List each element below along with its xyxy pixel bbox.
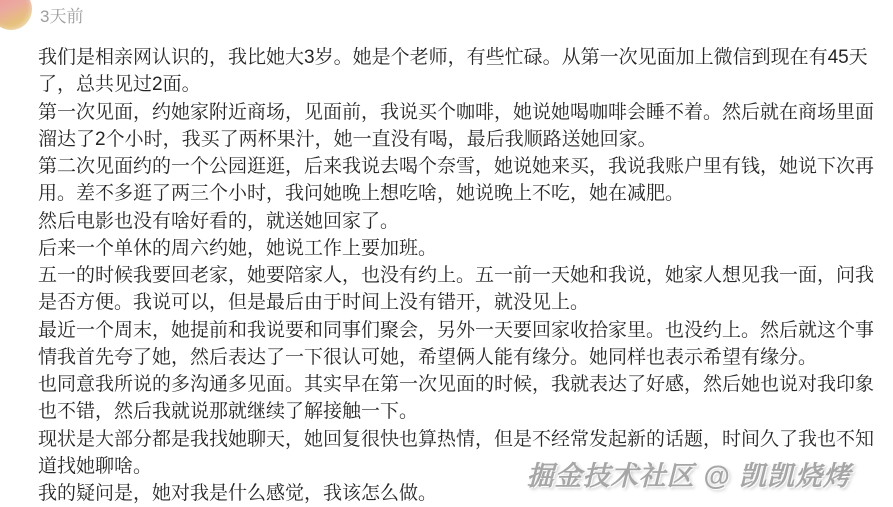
post-paragraph: 后来一个单休的周六约她，她说工作上要加班。 [38,235,883,262]
post-page: 3天前 我们是相亲网认识的，我比她大3岁。她是个老师，有些忙碌。从第一次见面加上… [0,0,893,507]
post-paragraph: 我们是相亲网认识的，我比她大3岁。她是个老师，有些忙碌。从第一次见面加上微信到现… [38,44,883,99]
post-timestamp: 3天前 [40,6,83,28]
post-paragraph: 最近一个周末，她提前和我说要和同事们聚会，另外一天要回家收拾家里。也没约上。然后… [38,317,883,372]
user-avatar[interactable] [0,0,32,30]
post-paragraph: 我的疑问是，她对我是什么感觉，我该怎么做。 [38,480,883,507]
post-paragraph: 然后电影也没有啥好看的，就送她回家了。 [38,208,883,235]
post-paragraph: 也同意我所说的多沟通多见面。其实早在第一次见面的时候，我就表达了好感，然后她也说… [38,371,883,426]
post-body: 我们是相亲网认识的，我比她大3岁。她是个老师，有些忙碌。从第一次见面加上微信到现… [38,44,883,507]
post-paragraph: 五一的时候我要回老家，她要陪家人，也没有约上。五一前一天她和我说，她家人想见我一… [38,262,883,317]
post-paragraph: 现状是大部分都是我找她聊天，她回复很快也算热情，但是不经常发起新的话题，时间久了… [38,426,883,481]
post-paragraph: 第二次见面约的一个公园逛逛，后来我说去喝个奈雪，她说她来买，我说我账户里有钱，她… [38,153,883,208]
post-paragraph: 第一次见面，约她家附近商场，见面前，我说买个咖啡，她说她喝咖啡会睡不着。然后就在… [38,99,883,154]
post-header: 3天前 [0,0,893,40]
